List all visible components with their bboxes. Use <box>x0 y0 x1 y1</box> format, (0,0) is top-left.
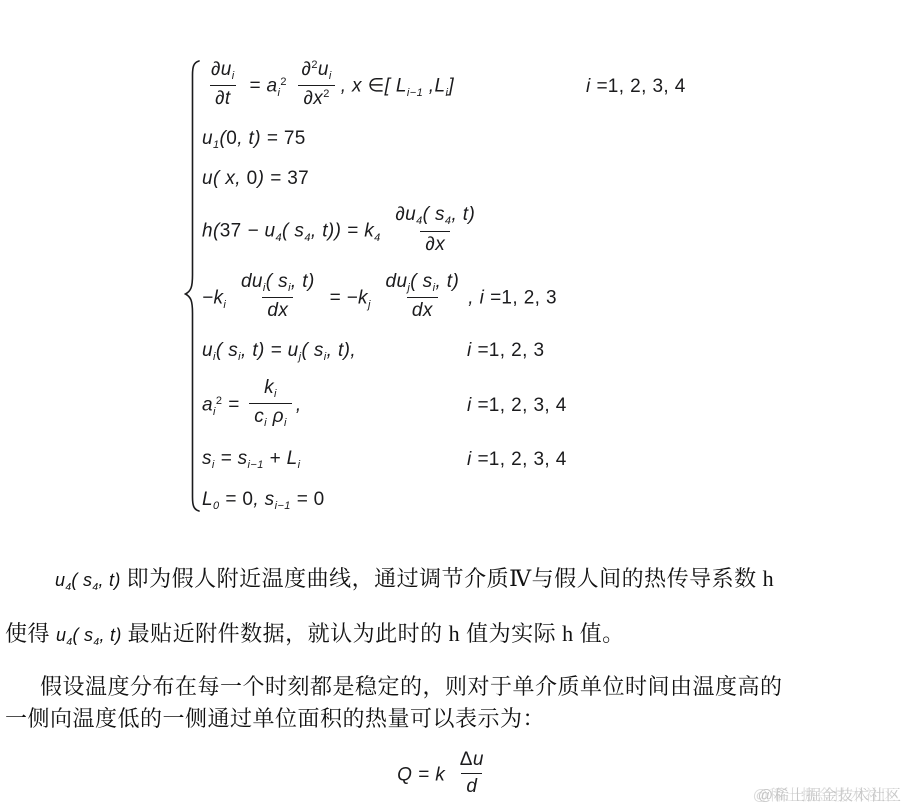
equation-row-interface-position: si = si−1 + Li i =1, 2, 3, 4 <box>202 448 702 471</box>
equation-index-label: i =1, 2, 3 <box>467 340 544 362</box>
left-curly-brace <box>184 59 200 513</box>
equation-formula: u1(0, t) = 75 <box>202 128 306 151</box>
equation-row-pde: ∂ui∂t = ai2 ∂2ui∂x2, x ∈[ Li−1 ,Li] i =1… <box>202 62 702 111</box>
paragraph-steady-state-line2: 一侧向温度低的一侧通过单位面积的热量可以表示为： <box>5 702 545 733</box>
equation-system: ∂ui∂t = ai2 ∂2ui∂x2, x ∈[ Li−1 ,Li] i =1… <box>202 62 702 512</box>
equation-formula: u( x, 0) = 37 <box>202 168 309 190</box>
watermark: @稀土掘金技术社区 <box>758 784 902 805</box>
equation-formula: L0 = 0, si−1 = 0 <box>202 489 325 512</box>
equation-row-flux-continuity: −ki dui( si, t)dx = −kj duj( si, t)dx, i… <box>202 274 702 323</box>
equation-formula: si = si−1 + Li <box>202 448 300 471</box>
equation-formula: Q = k Δud <box>397 752 493 799</box>
equation-formula: ui( si, t) = uj( si, t), <box>202 340 356 363</box>
paragraph-steady-state-line1: 假设温度分布在每一个时刻都是稳定的，则对于单介质单位时间由温度高的 <box>40 670 783 701</box>
equation-index-label: i =1, 2, 3, 4 <box>467 395 567 417</box>
paragraph-h-calibration-line1: u4( s4, t) 即为假人附近温度曲线，通过调节介质Ⅳ与假人间的热传导系数 … <box>55 562 774 593</box>
document-page: ∂ui∂t = ai2 ∂2ui∂x2, x ∈[ Li−1 ,Li] i =1… <box>0 0 908 809</box>
equation-row-temperature-continuity: ui( si, t) = uj( si, t), i =1, 2, 3 <box>202 340 702 363</box>
equation-row-initial-condition: u( x, 0) = 37 <box>202 168 702 190</box>
equation-formula: −ki dui( si, t)dx = −kj duj( si, t)dx, i… <box>202 274 557 323</box>
equation-formula: h(37 − u4( s4, t)) = k4 ∂u4( s4, t)∂x <box>202 207 484 256</box>
equation-formula: ∂ui∂t = ai2 ∂2ui∂x2, x ∈[ Li−1 ,Li] <box>202 62 454 111</box>
equation-row-origin-condition: L0 = 0, si−1 = 0 <box>202 489 702 512</box>
equation-row-right-boundary: h(37 − u4( s4, t)) = k4 ∂u4( s4, t)∂x <box>202 207 702 256</box>
equation-row-diffusivity: ai2 = kici ρi, i =1, 2, 3, 4 <box>202 380 702 431</box>
equation-formula: ai2 = kici ρi, <box>202 380 302 431</box>
equation-index-label: i =1, 2, 3, 4 <box>586 76 686 98</box>
paragraph-h-calibration-line2: 使得 u4( s4, t) 最贴近附件数据，就认为此时的 h 值为实际 h 值。 <box>5 617 625 648</box>
equation-index-label: i =1, 2, 3, 4 <box>467 449 567 471</box>
heat-flux-equation: Q = k Δud <box>0 752 890 799</box>
equation-row-left-boundary: u1(0, t) = 75 <box>202 128 702 151</box>
